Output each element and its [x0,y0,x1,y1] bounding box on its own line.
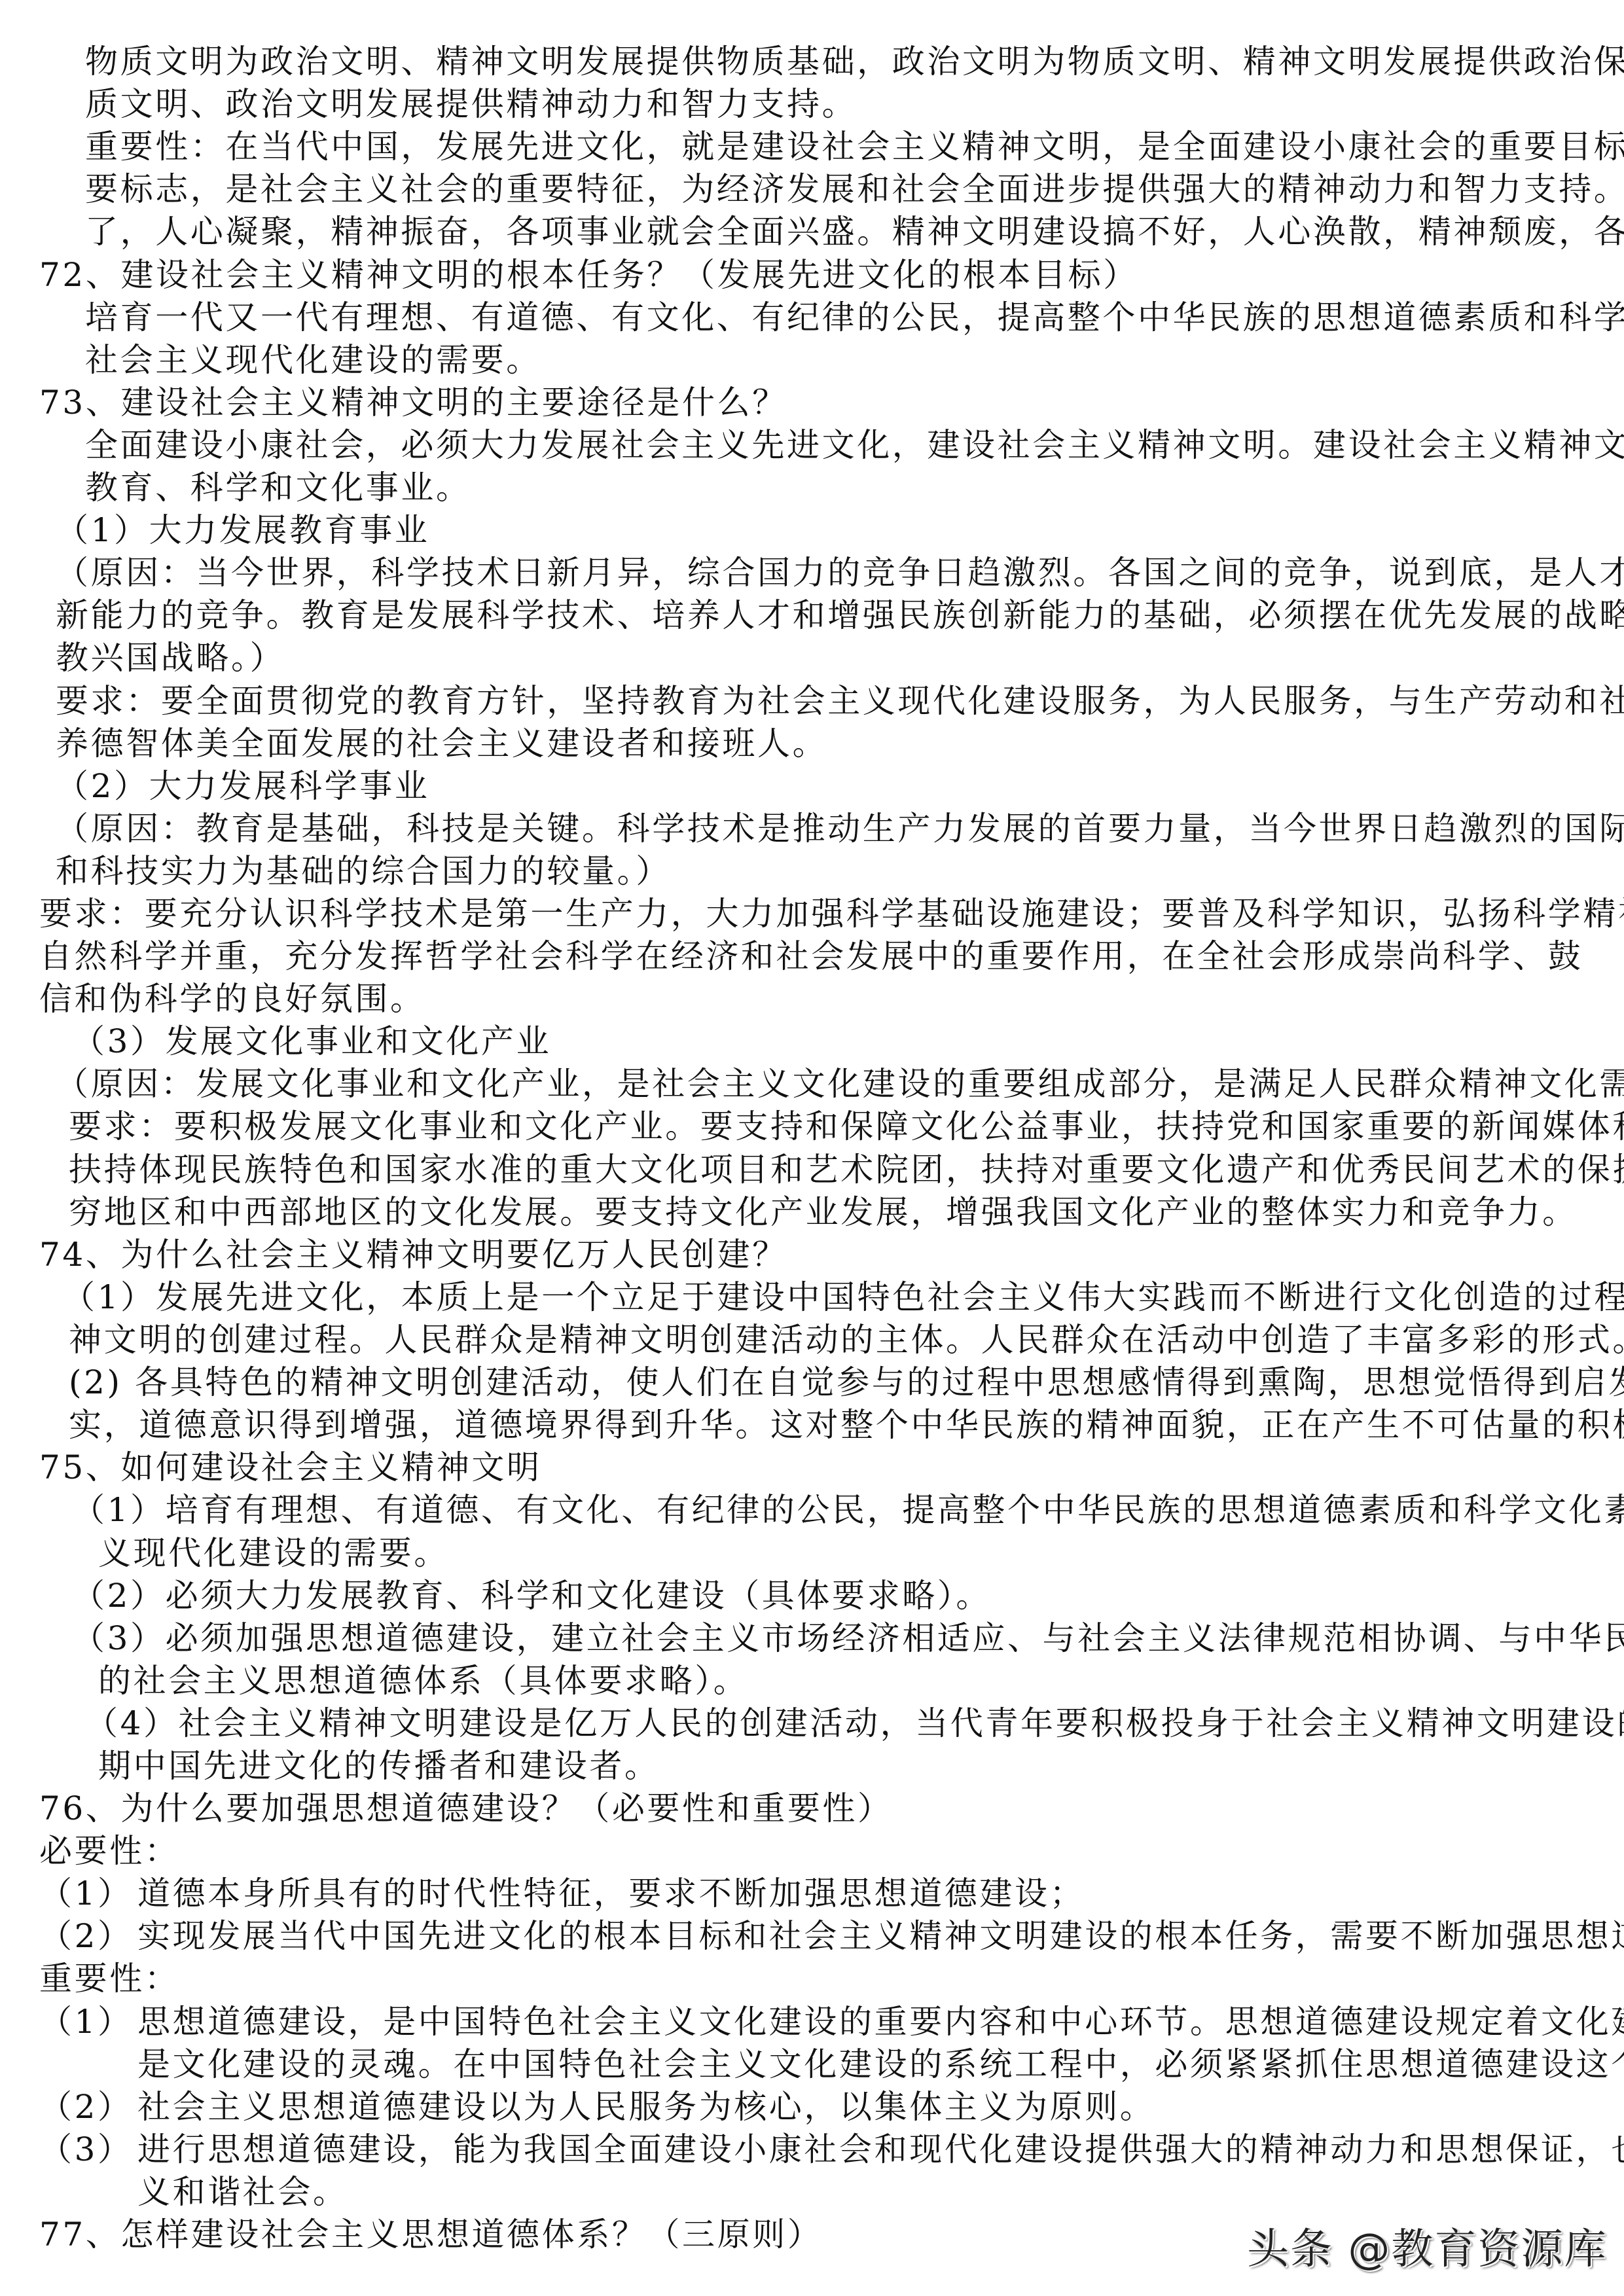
text-line: 73、建设社会主义精神文明的主要途径是什么？ [39,382,787,424]
text-line: 穷地区和中西部地区的文化发展。要支持文化产业发展，增强我国文化产业的整体实力和竞… [69,1191,1578,1234]
text-line: （2）社会主义思想道德建设以为人民服务为核心，以集体主义为原则。 [39,2086,1155,2128]
text-line: （4）社会主义精神文明建设是亿万人民的创建活动，当代青年要积极投身于社会主义精神… [85,1702,1624,1745]
line-text: 重要性： [39,1960,179,1998]
line-text: 要求：要全面贯彻党的教育方针，坚持教育为社会主义现代化建设服务，为人民服务，与生… [56,682,1624,720]
line-text: 要标志，是社会主义社会的重要特征，为经济发展和社会全面进步提供强大的精神动力和智… [85,170,1624,208]
line-text: 全面建设小康社会，必须大力发展社会主义先进文化，建设社会主义精神文明。建设社会主… [85,426,1624,464]
text-line: 义和谐社会。 [137,2171,348,2214]
line-text: 社会主义现代化建设的需要。 [85,341,541,379]
text-line: 要求：要充分认识科学技术是第一生产力，大力加强科学基础设施建设；要普及科学知识，… [39,893,1624,935]
line-text: 义现代化建设的需要。 [98,1534,449,1572]
text-line: 养德智体美全面发展的社会主义建设者和接班人。 [56,723,827,765]
line-text: 养德智体美全面发展的社会主义建设者和接班人。 [56,725,827,762]
list-number: （1） [39,1873,137,1915]
line-text: 扶持体现民族特色和国家水准的重大文化项目和艺术院团，扶持对重要文化遗产和优秀民间… [69,1151,1624,1189]
line-text: 信和伪科学的良好氛围。 [39,980,425,1018]
line-text: 是文化建设的灵魂。在中国特色社会主义文化建设的系统工程中，必须紧紧抓住思想道德建… [137,2045,1624,2083]
line-text: (2) 各具特色的精神文明创建活动，使人们在自觉参与的过程中思想感情得到熏陶，思… [69,1363,1624,1401]
text-line: （1）道德本身所具有的时代性特征，要求不断加强思想道德建设； [39,1873,1085,1915]
text-line: （原因：教育是基础，科技是关键。科学技术是推动生产力发展的首要力量，当今世界日趋… [56,808,1624,850]
line-text: 实现发展当代中国先进文化的根本目标和社会主义精神文明建设的根本任务，需要不断加强… [137,1917,1624,1955]
line-text: 培育一代又一代有理想、有道德、有文化、有纪律的公民，提高整个中华民族的思想道德素… [85,298,1624,336]
line-text: 义和谐社会。 [137,2173,348,2211]
line-text: 72、建设社会主义精神文明的根本任务？（发展先进文化的根本目标） [39,256,1138,294]
text-line: 物质文明为政治文明、精神文明发展提供物质基础，政治文明为物质文明、精神文明发展提… [85,41,1624,83]
text-line: 新能力的竞争。教育是发展科学技术、培养人才和增强民族创新能力的基础，必须摆在优先… [56,594,1624,637]
line-text: 思想道德建设，是中国特色社会主义文化建设的重要内容和中心环节。思想道德建设规定着… [137,2003,1624,2041]
text-line: （原因：发展文化事业和文化产业，是社会主义文化建设的重要组成部分，是满足人民群众… [56,1063,1624,1105]
text-line: （1）大力发展教育事业 [56,509,429,552]
line-text: 道德本身所具有的时代性特征，要求不断加强思想道德建设； [137,1874,1085,1912]
list-number: （1） [39,2001,137,2043]
text-line: 要求：要积极发展文化事业和文化产业。要支持和保障文化公益事业，扶持党和国家重要的… [69,1105,1624,1148]
line-text: 77、怎样建设社会主义思想道德体系？（三原则） [39,2215,822,2253]
text-line: 了，人心凝聚，精神振奋，各项事业就会全面兴盛。精神文明建设搞不好，人心涣散，精神… [85,211,1624,253]
line-text: 新能力的竞争。教育是发展科学技术、培养人才和增强民族创新能力的基础，必须摆在优先… [56,596,1624,634]
text-line: （1）发展先进文化，本质上是一个立足于建设中国特色社会主义伟大实践而不断进行文化… [62,1276,1624,1319]
text-line: （2）实现发展当代中国先进文化的根本目标和社会主义精神文明建设的根本任务，需要不… [39,1915,1624,1958]
text-line: （3）必须加强思想道德建设，建立社会主义市场经济相适应、与社会主义法律规范相协调… [72,1617,1624,1660]
text-line: （1）思想道德建设，是中国特色社会主义文化建设的重要内容和中心环节。思想道德建设… [39,2001,1624,2043]
list-number: （2） [39,1915,137,1958]
line-text: 必要性： [39,1832,179,1870]
line-text: 期中国先进文化的传播者和建设者。 [98,1747,660,1785]
line-text: 自然科学并重，充分发挥哲学社会科学在经济和社会发展中的重要作用，在全社会形成崇尚… [39,937,1624,975]
line-text: 要求：要积极发展文化事业和文化产业。要支持和保障文化公益事业，扶持党和国家重要的… [69,1107,1624,1145]
text-line: 74、为什么社会主义精神文明要亿万人民创建？ [39,1234,787,1276]
line-text: 教育、科学和文化事业。 [85,469,471,507]
text-line: 和科技实力为基础的综合国力的较量。） [56,850,671,893]
text-line: 教兴国战略。） [56,637,285,679]
line-text: 质文明、政治文明发展提供精神动力和智力支持。 [85,85,857,123]
list-number: （2） [39,2086,137,2128]
line-text: 神文明的创建过程。人民群众是精神文明创建活动的主体。人民群众在活动中创造了丰富多… [69,1321,1624,1359]
line-text: （原因：发展文化事业和文化产业，是社会主义文化建设的重要组成部分，是满足人民群众… [56,1065,1624,1103]
line-text: （1）培育有理想、有道德、有文化、有纪律的公民，提高整个中华民族的思想道德素质和… [72,1491,1624,1529]
text-line: 社会主义现代化建设的需要。 [85,339,541,382]
text-line: 义现代化建设的需要。 [98,1532,449,1575]
text-line: 重要性： [39,1958,179,2000]
text-line: 重要性：在当代中国，发展先进文化，就是建设社会主义精神文明，是全面建设小康社会的… [85,126,1624,168]
text-line: 自然科学并重，充分发挥哲学社会科学在经济和社会发展中的重要作用，在全社会形成崇尚… [39,935,1624,978]
text-line: 培育一代又一代有理想、有道德、有文化、有纪律的公民，提高整个中华民族的思想道德素… [85,296,1624,339]
line-text: 物质文明为政治文明、精神文明发展提供物质基础，政治文明为物质文明、精神文明发展提… [85,43,1624,81]
text-line: (2) 各具特色的精神文明创建活动，使人们在自觉参与的过程中思想感情得到熏陶，思… [69,1361,1624,1404]
text-line: （3）进行思想道德建设，能为我国全面建设小康社会和现代化建设提供强大的精神动力和… [39,2128,1624,2171]
line-text: （原因：当今世界，科学技术日新月异，综合国力的竞争日趋激烈。各国之间的竞争，说到… [56,554,1624,592]
text-line: 教育、科学和文化事业。 [85,467,471,509]
line-text: 73、建设社会主义精神文明的主要途径是什么？ [39,384,787,422]
line-text: （2）必须大力发展教育、科学和文化建设（具体要求略）。 [72,1577,991,1615]
line-text: 74、为什么社会主义精神文明要亿万人民创建？ [39,1236,787,1274]
line-text: （3）发展文化事业和文化产业 [72,1022,551,1060]
text-line: 必要性： [39,1830,179,1873]
text-line: （1）培育有理想、有道德、有文化、有纪律的公民，提高整个中华民族的思想道德素质和… [72,1489,1624,1532]
line-text: 实，道德意识得到增强，道德境界得到升华。这对整个中华民族的精神面貌，正在产生不可… [69,1406,1624,1444]
text-line: 期中国先进文化的传播者和建设者。 [98,1745,660,1787]
text-line: 实，道德意识得到增强，道德境界得到升华。这对整个中华民族的精神面貌，正在产生不可… [69,1404,1624,1446]
watermark: 头条 @教育资源库 [1247,2215,1607,2276]
line-text: 重要性：在当代中国，发展先进文化，就是建设社会主义精神文明，是全面建设小康社会的… [85,128,1624,166]
line-text: 了，人心凝聚，精神振奋，各项事业就会全面兴盛。精神文明建设搞不好，人心涣散，精神… [85,213,1624,251]
line-text: 75、如何建设社会主义精神文明 [39,1448,542,1486]
text-line: 72、建设社会主义精神文明的根本任务？（发展先进文化的根本目标） [39,254,1138,296]
line-text: （4）社会主义精神文明建设是亿万人民的创建活动，当代青年要积极投身于社会主义精神… [85,1704,1624,1742]
line-text: 教兴国战略。） [56,639,285,677]
line-text: 穷地区和中西部地区的文化发展。要支持文化产业发展，增强我国文化产业的整体实力和竞… [69,1193,1578,1231]
text-line: 77、怎样建设社会主义思想道德体系？（三原则） [39,2214,822,2256]
text-line: 的社会主义思想道德体系（具体要求略）。 [98,1660,748,1702]
line-text: 要求：要充分认识科学技术是第一生产力，大力加强科学基础设施建设；要普及科学知识，… [39,895,1624,933]
text-line: 全面建设小康社会，必须大力发展社会主义先进文化，建设社会主义精神文明。建设社会主… [85,424,1624,467]
text-line: 质文明、政治文明发展提供精神动力和智力支持。 [85,83,857,126]
text-line: （2）必须大力发展教育、科学和文化建设（具体要求略）。 [72,1575,991,1617]
line-text: （3）必须加强思想道德建设，建立社会主义市场经济相适应、与社会主义法律规范相协调… [72,1619,1624,1657]
text-line: 神文明的创建过程。人民群众是精神文明创建活动的主体。人民群众在活动中创造了丰富多… [69,1319,1624,1361]
text-line: 信和伪科学的良好氛围。 [39,978,425,1020]
line-text: 进行思想道德建设，能为我国全面建设小康社会和现代化建设提供强大的精神动力和思想保… [137,2130,1624,2168]
line-text: 和科技实力为基础的综合国力的较量。） [56,852,671,890]
text-line: 扶持体现民族特色和国家水准的重大文化项目和艺术院团，扶持对重要文化遗产和优秀民间… [69,1149,1624,1191]
line-text: 社会主义思想道德建设以为人民服务为核心，以集体主义为原则。 [137,2088,1155,2126]
text-line: （2）大力发展科学事业 [56,765,429,808]
text-line: （原因：当今世界，科学技术日新月异，综合国力的竞争日趋激烈。各国之间的竞争，说到… [56,552,1624,594]
text-line: 76、为什么要加强思想道德建设？（必要性和重要性） [39,1787,893,1830]
document-page: 物质文明为政治文明、精神文明发展提供物质基础，政治文明为物质文明、精神文明发展提… [0,0,1624,2296]
line-text: （1）发展先进文化，本质上是一个立足于建设中国特色社会主义伟大实践而不断进行文化… [62,1278,1624,1316]
line-text: 的社会主义思想道德体系（具体要求略）。 [98,1662,748,1700]
line-text: （1）大力发展教育事业 [56,511,429,549]
line-text: （原因：教育是基础，科技是关键。科学技术是推动生产力发展的首要力量，当今世界日趋… [56,810,1624,848]
text-line: 75、如何建设社会主义精神文明 [39,1446,542,1489]
text-line: 要求：要全面贯彻党的教育方针，坚持教育为社会主义现代化建设服务，为人民服务，与生… [56,680,1624,723]
line-text: 76、为什么要加强思想道德建设？（必要性和重要性） [39,1789,893,1827]
list-number: （3） [39,2128,137,2171]
text-line: 是文化建设的灵魂。在中国特色社会主义文化建设的系统工程中，必须紧紧抓住思想道德建… [137,2043,1624,2086]
text-line: 要标志，是社会主义社会的重要特征，为经济发展和社会全面进步提供强大的精神动力和智… [85,168,1624,211]
line-text: （2）大力发展科学事业 [56,767,429,805]
text-line: （3）发展文化事业和文化产业 [72,1020,551,1063]
